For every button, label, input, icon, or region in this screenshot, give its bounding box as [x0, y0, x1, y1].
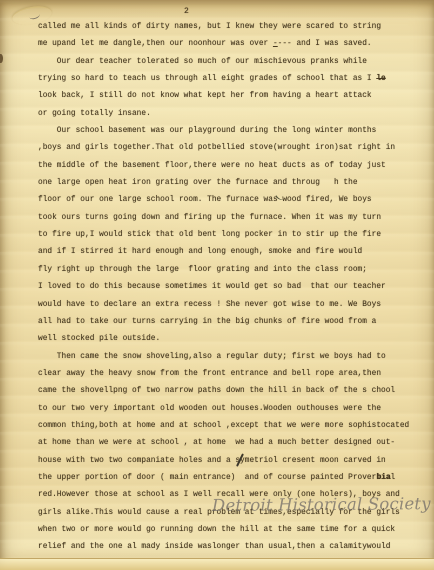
typewritten-text: called me all kinds of dirty names, but … — [38, 19, 428, 557]
typewritten-segment: floor of our one large school room. The … — [38, 196, 372, 204]
typewritten-line: called me all kinds of dirty names, but … — [38, 19, 428, 36]
typewritten-segment: to fire up,I would stick that old bent l… — [38, 231, 381, 239]
typewritten-line: all had to take our turns carrying in th… — [38, 314, 428, 331]
typewritten-segment: ,boys and girls together.That old potbel… — [38, 144, 395, 152]
typewritten-line: and if I stirred it hard enough and long… — [38, 244, 428, 261]
typewritten-line: I loved to do this because sometimes it … — [38, 279, 428, 296]
typewritten-segment: Our school basement was our playground d… — [38, 127, 376, 135]
typewritten-line: would have to declare an extra recess ! … — [38, 297, 428, 314]
typewritten-segment: at home than we were at school , at home… — [38, 439, 395, 447]
paper-bottom-edge — [0, 558, 434, 570]
typewritten-segment: the upper portion of door ( main entranc… — [38, 474, 376, 482]
typewritten-segment: or going totally insane. — [38, 110, 151, 118]
typewritten-line: when two or more would go running down t… — [38, 522, 428, 539]
typewritten-segment: --- and I was saved. — [278, 40, 372, 48]
typewritten-segment: clear away the heavy snow from the front… — [38, 370, 381, 378]
typewritten-segment: well stocked pile outside. — [38, 335, 160, 343]
page-number: 2 — [184, 7, 189, 16]
typewritten-line: well stocked pile outside. — [38, 331, 428, 348]
typewritten-segment: took ours turns going down and firing up… — [38, 214, 381, 222]
typewritten-line: Our dear teacher tolerated so much of ou… — [38, 54, 428, 71]
typewritten-line: floor of our one large school room. The … — [38, 192, 428, 209]
typewritten-line: house with two two companiate holes and … — [38, 453, 428, 470]
document-page: 2 called me all kinds of dirty names, bu… — [0, 0, 434, 570]
typewritten-segment: Then came the snow shoveling,also a regu… — [38, 353, 386, 361]
typewritten-segment: would have to declare an extra recess ! … — [38, 301, 381, 309]
typewritten-line: to our two very important old wooden out… — [38, 401, 428, 418]
typewritten-line: the upper portion of door ( main entranc… — [38, 470, 428, 487]
typewritten-segment: I loved to do this because sometimes it … — [38, 283, 386, 291]
typewritten-line: look back, I still do not know what kept… — [38, 88, 428, 105]
typewritten-segment: look back, I still do not know what kept… — [38, 92, 372, 100]
typewritten-segment: Our dear teacher tolerated so much of ou… — [38, 58, 367, 66]
typewritten-line: Our school basement was our playground d… — [38, 123, 428, 140]
typewritten-segment-strike: le — [376, 75, 385, 83]
typewritten-segment: the middle of the basement floor,there w… — [38, 162, 386, 170]
typewritten-line: clear away the heavy snow from the front… — [38, 366, 428, 383]
typewritten-segment: came the shovellpng of two narrow paths … — [38, 387, 395, 395]
typewritten-segment-slash: symetriol — [235, 457, 277, 465]
typewritten-segment: called me all kinds of dirty names, but … — [38, 23, 381, 31]
typewritten-segment: fly right up through the large floor gra… — [38, 266, 367, 274]
typewritten-line: at home than we were at school , at home… — [38, 435, 428, 452]
typewritten-segment: all had to take our turns carrying in th… — [38, 318, 376, 326]
typewritten-line: or going totally insane. — [38, 106, 428, 123]
typewritten-segment: relief and the one al mady inside waslon… — [38, 543, 390, 551]
watermark: Detroit Historical Society — [212, 494, 432, 515]
typewritten-line: trying so hard to teach us through all e… — [38, 71, 428, 88]
typewritten-line: came the shovellpng of two narrow paths … — [38, 383, 428, 400]
typewritten-segment: me upand let me dangle,then our noonhour… — [38, 40, 273, 48]
typewritten-line: relief and the one al mady inside waslon… — [38, 539, 428, 556]
typewritten-line: the middle of the basement floor,there w… — [38, 158, 428, 175]
typewritten-segment: one large open heat iron grating over th… — [38, 179, 358, 187]
typewritten-segment-bold: bia — [376, 474, 390, 482]
typewritten-line: Then came the snow shoveling,also a regu… — [38, 349, 428, 366]
typewritten-segment: l — [390, 474, 395, 482]
typewritten-segment: common thing,both at home and at school … — [38, 422, 409, 430]
typewritten-segment: when two or more would go running down t… — [38, 526, 395, 534]
typewritten-line: took ours turns going down and firing up… — [38, 210, 428, 227]
typewritten-line: fly right up through the large floor gra… — [38, 262, 428, 279]
typewritten-segment: to our two very important old wooden out… — [38, 405, 381, 413]
typewritten-line: ,boys and girls together.That old potbel… — [38, 140, 428, 157]
typewritten-line: me upand let me dangle,then our noonhour… — [38, 36, 428, 53]
left-edge-ink-mark — [0, 54, 3, 63]
typewritten-segment: trying so hard to teach us through all e… — [38, 75, 376, 83]
typewritten-line: common thing,both at home and at school … — [38, 418, 428, 435]
typewritten-segment: house with two two companiate holes and … — [38, 457, 235, 465]
typewritten-segment: cresent moon carved in — [278, 457, 386, 465]
typewritten-segment: and if I stirred it hard enough and long… — [38, 248, 362, 256]
typewritten-line: one large open heat iron grating over th… — [38, 175, 428, 192]
typewritten-line: to fire up,I would stick that old bent l… — [38, 227, 428, 244]
